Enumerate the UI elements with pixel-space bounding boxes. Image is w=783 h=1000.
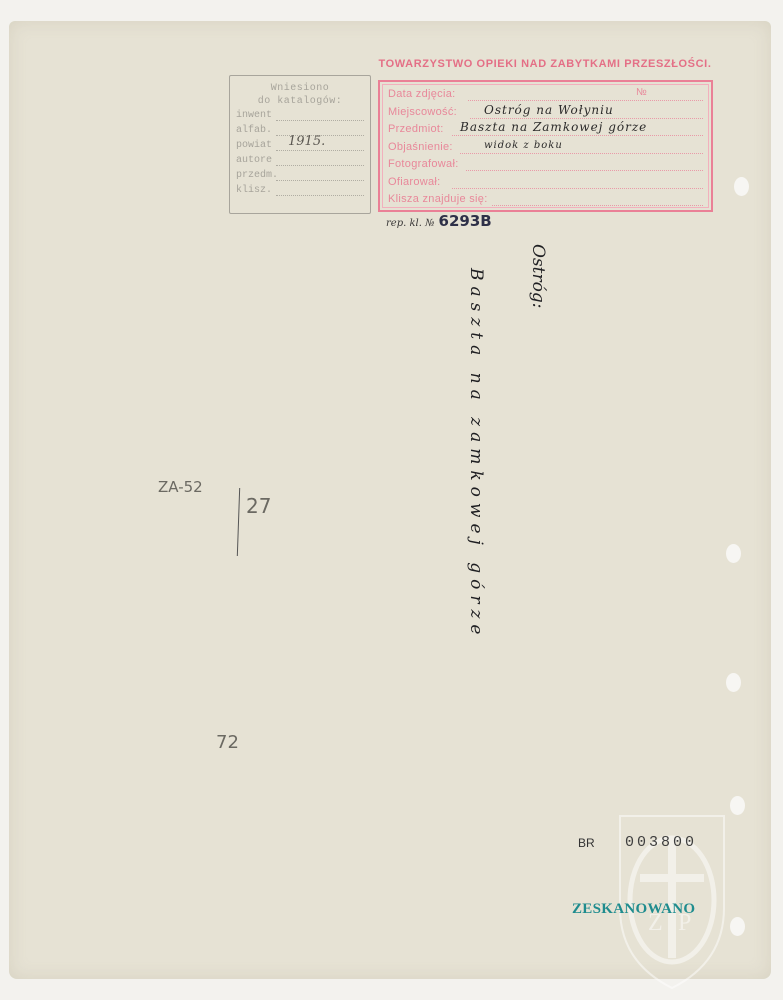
vertical-note-line-1: Ostróg: [528, 244, 548, 308]
society-stamp: Data zdjęcia: № Miejscowość: Ostróg na W… [378, 80, 713, 212]
field-explanation: Objaśnienie: widok z boku [380, 139, 711, 157]
field-handwritten-value: Ostróg na Wołyniu [484, 103, 614, 117]
row-label: alfab. [236, 125, 272, 136]
pencil-code: ZA-52 [158, 478, 203, 496]
punch-hole [726, 544, 741, 563]
field-donor: Ofiarował: [380, 174, 711, 192]
catalogue-row: klisz. [236, 183, 370, 198]
row-label: powiat [236, 140, 272, 151]
pencil-number: 27 [246, 494, 271, 518]
field-label: Fotografował: [388, 158, 459, 170]
row-label: przedm. [236, 170, 278, 181]
row-label: inwent [236, 110, 272, 121]
number-label: № [636, 87, 647, 98]
rep-note: rep. kl. №6293B [386, 212, 492, 230]
field-label: Objaśnienie: [388, 141, 453, 153]
catalogue-stamp-heading: Wniesiono do katalogów: [230, 82, 370, 108]
field-label: Miejscowość: [388, 106, 457, 118]
inventory-serial: 003800 [625, 834, 697, 851]
field-label: Przedmiot: [388, 123, 444, 135]
rep-prefix: rep. kl. № [386, 218, 435, 229]
field-handwritten-value: Baszta na Zamkowej górze [460, 120, 647, 134]
society-stamp-title: TOWARZYSTWO OPIEKI NAD ZABYTKAMI PRZESZŁ… [375, 58, 715, 70]
row-handwritten-value: 1915. [288, 134, 325, 149]
field-label: Klisza znajduje się: [388, 193, 488, 205]
catalogue-row: inwent [236, 108, 370, 123]
scanned-stamp: ZESKANOWANO [572, 901, 695, 918]
field-label: Ofiarował: [388, 176, 441, 188]
row-label: autore [236, 155, 272, 166]
field-photographer: Fotografował: [380, 156, 711, 174]
field-date: Data zdjęcia: № [380, 86, 711, 104]
rep-number: 6293B [439, 212, 492, 230]
field-handwritten-value: widok z boku [484, 140, 563, 151]
inventory-prefix: BR [578, 836, 595, 850]
catalogue-row: autore [236, 153, 370, 168]
row-label: klisz. [236, 185, 272, 196]
field-subject: Przedmiot: Baszta na Zamkowej górze [380, 121, 711, 139]
catalogue-stamp: Wniesiono do katalogów: inwent alfab. po… [229, 75, 371, 214]
punch-hole [734, 177, 749, 196]
field-label: Data zdjęcia: [388, 88, 456, 100]
heading-line-1: Wniesiono [230, 82, 370, 95]
heading-line-2: do katalogów: [230, 95, 370, 108]
catalogue-row: przedm. [236, 168, 370, 183]
catalogue-row: powiat1915. [236, 138, 370, 153]
punch-hole [726, 673, 741, 692]
pencil-page: 72 [216, 732, 239, 753]
field-place: Miejscowość: Ostróg na Wołyniu [380, 104, 711, 122]
vertical-note-line-2: Baszta na zamkowej górze [466, 268, 486, 640]
field-negative-location: Klisza znajduje się: [380, 191, 711, 209]
